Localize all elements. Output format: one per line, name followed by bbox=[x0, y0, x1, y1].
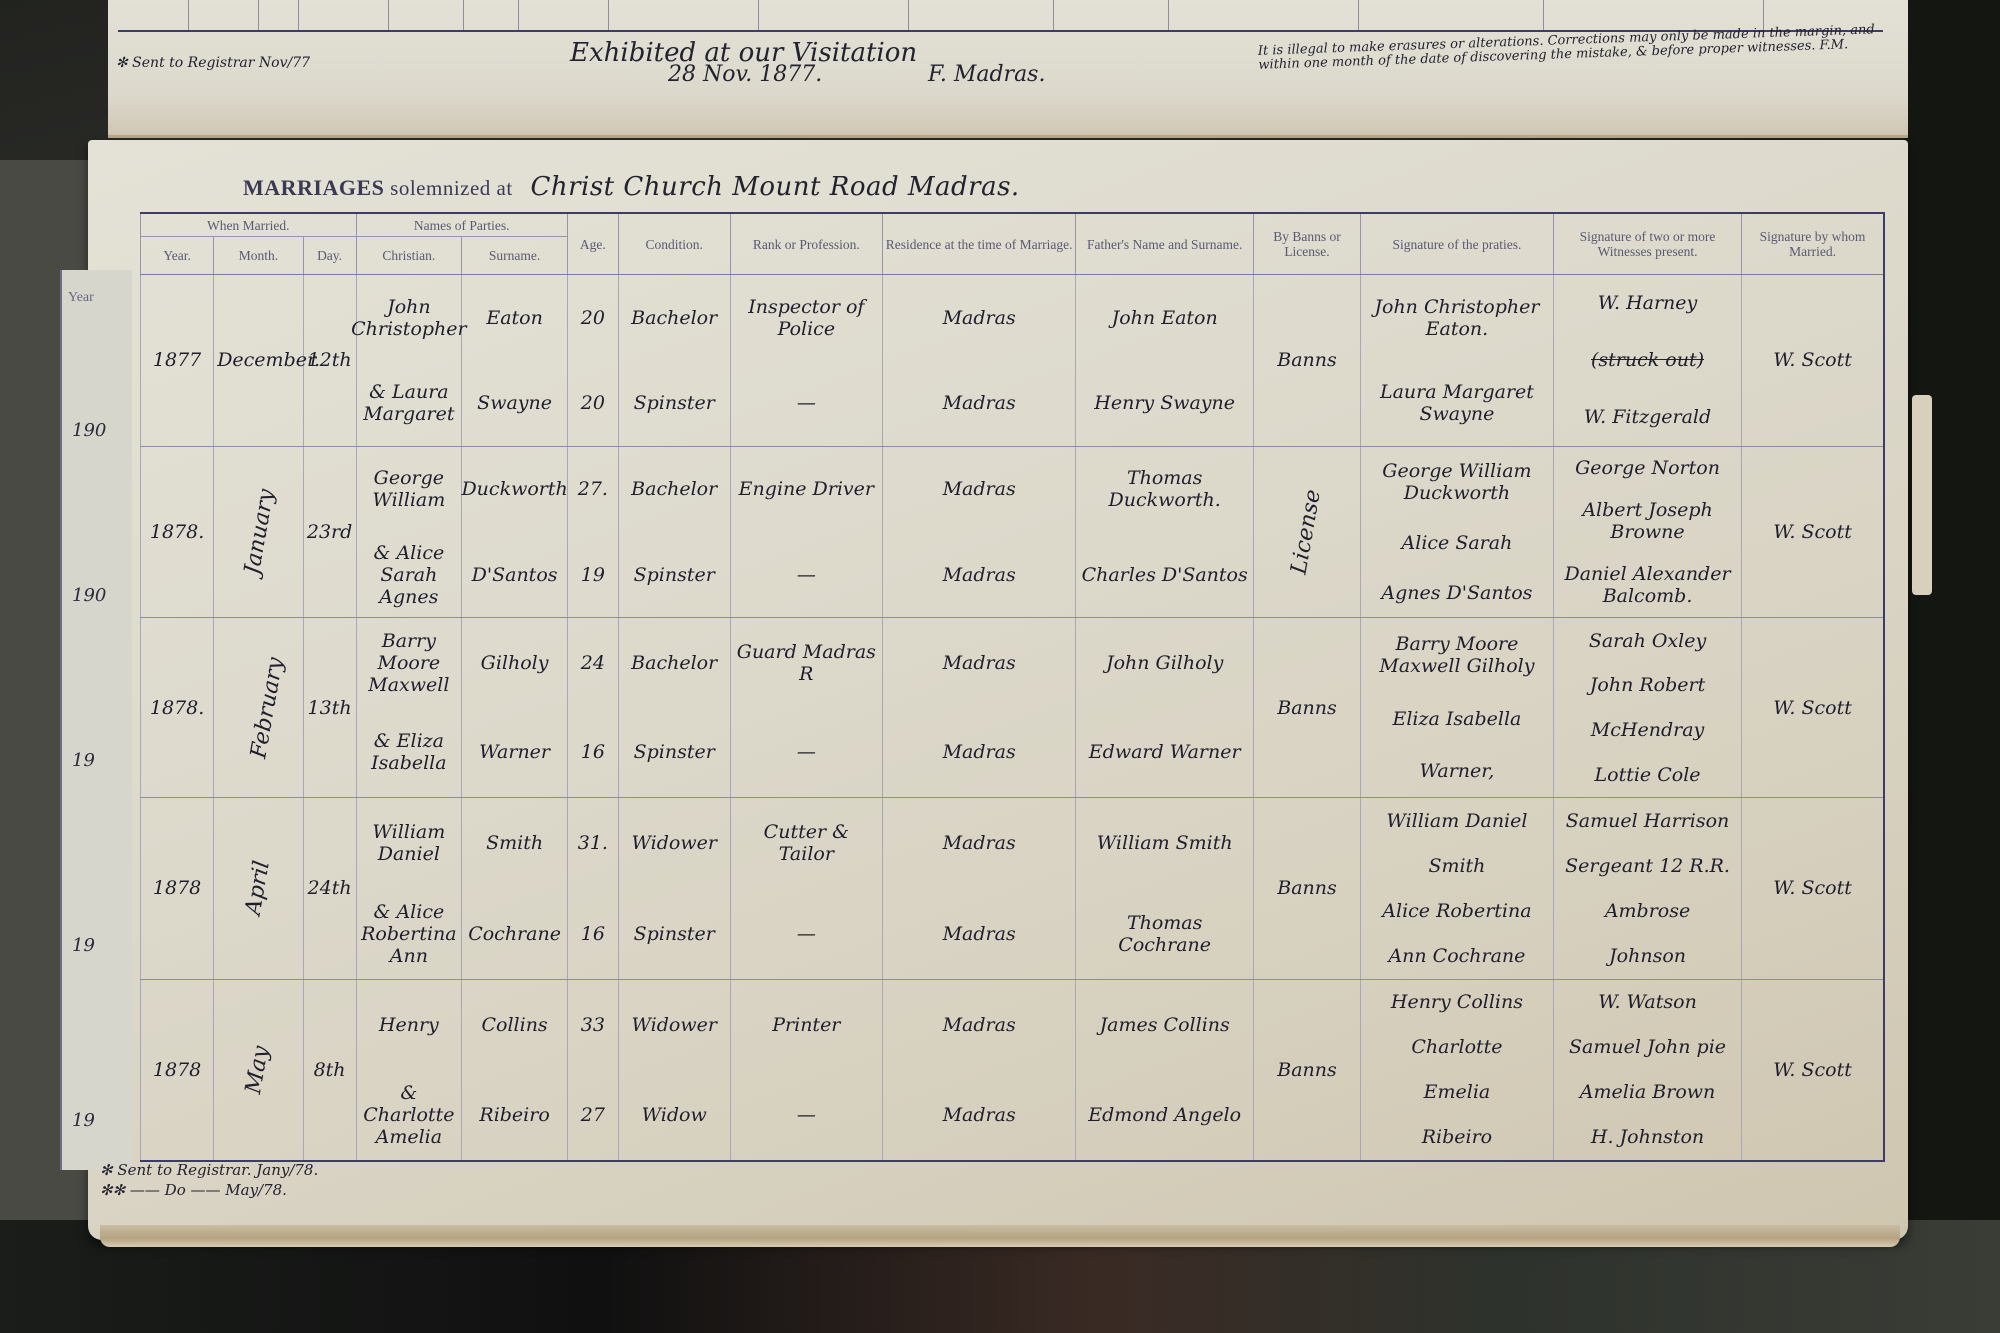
age-cell: 27.19 bbox=[567, 446, 618, 618]
father-cell: James CollinsEdmond Angelo bbox=[1076, 979, 1254, 1161]
signature-parties-cell: Barry Moore Maxwell GilholyEliza Isabell… bbox=[1360, 618, 1553, 798]
groom-rank: Inspector of Police bbox=[734, 283, 879, 353]
header-signature-married-by: Signature by whom Married. bbox=[1742, 213, 1884, 275]
signature-parties-cell: William DanielSmithAlice RobertinaAnn Co… bbox=[1360, 798, 1553, 980]
condition-cell: WidowerSpinster bbox=[618, 798, 730, 980]
banns-cell: Banns bbox=[1254, 798, 1361, 980]
table-row: 1878 April 24th William Daniel& Alice Ro… bbox=[141, 798, 1885, 980]
signature-witnesses-cell: W. Harney(struck out)W. Fitzgerald bbox=[1554, 275, 1742, 447]
married-by-cell: W. Scott bbox=[1742, 798, 1884, 980]
groom-christian: John Christopher bbox=[360, 283, 459, 353]
bride-rank: — bbox=[734, 368, 879, 438]
footnote-may: ✻✻ —— Do —— May/78. bbox=[100, 1180, 318, 1200]
header-when-married: When Married. bbox=[141, 213, 357, 237]
header-signature-witnesses: Signature of two or more Witnesses prese… bbox=[1554, 213, 1742, 275]
surname-cell: CollinsRibeiro bbox=[462, 979, 568, 1161]
header-father: Father's Name and Surname. bbox=[1076, 213, 1254, 275]
previous-page: ✻ Sent to Registrar Nov/77 Exhibited at … bbox=[108, 0, 1908, 138]
month-cell: December. bbox=[214, 275, 303, 447]
condition-cell: BachelorSpinster bbox=[618, 446, 730, 618]
year-cell: 1878. bbox=[141, 446, 214, 618]
margin-year: 19 bbox=[72, 750, 95, 771]
year-cell: 1878. bbox=[141, 618, 214, 798]
day-cell: 12th bbox=[303, 275, 356, 447]
age-cell: 3327 bbox=[567, 979, 618, 1161]
married-by-cell: W. Scott bbox=[1742, 275, 1884, 447]
rank-cell: Inspector of Police— bbox=[730, 275, 882, 447]
bride-condition: Spinster bbox=[622, 368, 727, 438]
previous-page-grid bbox=[118, 0, 1883, 32]
signature-witnesses-cell: George NortonAlbert Joseph BrowneDaniel … bbox=[1554, 446, 1742, 618]
signature-witnesses-cell: Sarah OxleyJohn RobertMcHendrayLottie Co… bbox=[1554, 618, 1742, 798]
residence-cell: MadrasMadras bbox=[883, 618, 1076, 798]
underlying-page-margin: Year 190 190 19 19 19 bbox=[60, 270, 132, 1170]
rank-cell: Engine Driver— bbox=[730, 446, 882, 618]
header-banns: By Banns or License. bbox=[1254, 213, 1361, 275]
table-row: 1878 May 8th Henry& Charlotte Amelia Col… bbox=[141, 979, 1885, 1161]
christian-cell: Barry Moore Maxwell& Eliza Isabella bbox=[356, 618, 462, 798]
header-age: Age. bbox=[567, 213, 618, 275]
month-cell: February bbox=[214, 618, 303, 798]
header-month: Month. bbox=[214, 237, 303, 275]
margin-year: 19 bbox=[72, 935, 95, 956]
page-tab bbox=[1912, 395, 1932, 595]
groom-surname: Eaton bbox=[465, 283, 564, 353]
surname-cell: DuckworthD'Santos bbox=[462, 446, 568, 618]
title-marriages: MARRIAGES bbox=[243, 175, 384, 200]
bride-father: Henry Swayne bbox=[1079, 368, 1250, 438]
christian-cell: Henry& Charlotte Amelia bbox=[356, 979, 462, 1161]
groom-father: John Eaton bbox=[1079, 283, 1250, 353]
header-rank: Rank or Profession. bbox=[730, 213, 882, 275]
signature-parties-cell: George William DuckworthAlice SarahAgnes… bbox=[1360, 446, 1553, 618]
bride-christian: & Laura Margaret bbox=[360, 368, 459, 438]
table-row: 1878. January 23rd George William& Alice… bbox=[141, 446, 1885, 618]
christian-cell: William Daniel& Alice Robertina Ann bbox=[356, 798, 462, 980]
footnote-january: ✻ Sent to Registrar. Jany/78. bbox=[100, 1160, 318, 1180]
margin-year: 190 bbox=[72, 585, 106, 606]
groom-age: 20 bbox=[571, 283, 615, 353]
registrar-footnotes: ✻ Sent to Registrar. Jany/78. ✻✻ —— Do —… bbox=[100, 1160, 318, 1200]
year-cell: 1878 bbox=[141, 979, 214, 1161]
married-by-cell: W. Scott bbox=[1742, 446, 1884, 618]
groom-residence: Madras bbox=[886, 283, 1072, 353]
father-cell: William SmithThomas Cochrane bbox=[1076, 798, 1254, 980]
header-year: Year. bbox=[141, 237, 214, 275]
signature-parties-cell: Henry CollinsCharlotteEmeliaRibeiro bbox=[1360, 979, 1553, 1161]
banns-cell: Banns bbox=[1254, 275, 1361, 447]
residence-cell: MadrasMadras bbox=[883, 979, 1076, 1161]
signature-witnesses-cell: W. WatsonSamuel John pieAmelia BrownH. J… bbox=[1554, 979, 1742, 1161]
header-signature-parties: Signature of the praties. bbox=[1360, 213, 1553, 275]
day-cell: 24th bbox=[303, 798, 356, 980]
margin-year: 190 bbox=[72, 420, 106, 441]
table-surface-right bbox=[1905, 0, 2000, 1230]
page-frayed-edge bbox=[100, 1225, 1900, 1247]
condition-cell: WidowerWidow bbox=[618, 979, 730, 1161]
day-cell: 23rd bbox=[303, 446, 356, 618]
married-by-cell: W. Scott bbox=[1742, 979, 1884, 1161]
header-residence: Residence at the time of Marriage. bbox=[883, 213, 1076, 275]
age-cell: 2416 bbox=[567, 618, 618, 798]
header-names-of-parties: Names of Parties. bbox=[356, 213, 567, 237]
age-cell: 31.16 bbox=[567, 798, 618, 980]
day-cell: 13th bbox=[303, 618, 356, 798]
signature-witnesses-cell: Samuel HarrisonSergeant 12 R.R.AmbroseJo… bbox=[1554, 798, 1742, 980]
married-by-cell: W. Scott bbox=[1742, 618, 1884, 798]
bride-age: 20 bbox=[571, 368, 615, 438]
visitation-signature: F. Madras. bbox=[928, 62, 1045, 87]
age-cell: 2020 bbox=[567, 275, 618, 447]
residence-cell: MadrasMadras bbox=[883, 275, 1076, 447]
month-cell: April bbox=[214, 798, 303, 980]
margin-year: 19 bbox=[72, 1110, 95, 1131]
rank-cell: Printer— bbox=[730, 979, 882, 1161]
page-title: MARRIAGES solemnized at Christ Church Mo… bbox=[243, 172, 1020, 202]
father-cell: John GilholyEdward Warner bbox=[1076, 618, 1254, 798]
christian-cell: John Christopher& Laura Margaret bbox=[356, 275, 462, 447]
residence-cell: MadrasMadras bbox=[883, 446, 1076, 618]
condition-cell: BachelorSpinster bbox=[618, 618, 730, 798]
father-cell: John EatonHenry Swayne bbox=[1076, 275, 1254, 447]
signature-parties-cell: John Christopher Eaton.Laura Margaret Sw… bbox=[1360, 275, 1553, 447]
day-cell: 8th bbox=[303, 979, 356, 1161]
marriage-register-table: When Married. Names of Parties. Age. Con… bbox=[140, 212, 1885, 1162]
father-cell: Thomas Duckworth.Charles D'Santos bbox=[1076, 446, 1254, 618]
surname-cell: EatonSwayne bbox=[462, 275, 568, 447]
margin-year-header: Year bbox=[68, 290, 94, 306]
residence-cell: MadrasMadras bbox=[883, 798, 1076, 980]
header-christian: Christian. bbox=[356, 237, 462, 275]
banns-cell: Banns bbox=[1254, 618, 1361, 798]
header-group-row: When Married. Names of Parties. Age. Con… bbox=[141, 213, 1885, 237]
table-row: 1877 December. 12th John Christopher& La… bbox=[141, 275, 1885, 447]
banns-cell: License bbox=[1254, 446, 1361, 618]
surname-cell: GilholyWarner bbox=[462, 618, 568, 798]
year-cell: 1878 bbox=[141, 798, 214, 980]
banns-cell: Banns bbox=[1254, 979, 1361, 1161]
table-row: 1878. February 13th Barry Moore Maxwell&… bbox=[141, 618, 1885, 798]
groom-condition: Bachelor bbox=[622, 283, 727, 353]
rank-cell: Cutter & Tailor— bbox=[730, 798, 882, 980]
bride-residence: Madras bbox=[886, 368, 1072, 438]
surname-cell: SmithCochrane bbox=[462, 798, 568, 980]
sent-to-registrar-note: ✻ Sent to Registrar Nov/77 bbox=[116, 55, 310, 71]
condition-cell: BachelorSpinster bbox=[618, 275, 730, 447]
title-solemnized: solemnized at bbox=[390, 176, 513, 200]
month-cell: May bbox=[214, 979, 303, 1161]
visitation-date: 28 Nov. 1877. bbox=[668, 62, 822, 87]
header-surname: Surname. bbox=[462, 237, 568, 275]
church-name: Christ Church Mount Road Madras. bbox=[530, 172, 1019, 202]
month-cell: January bbox=[214, 446, 303, 618]
christian-cell: George William& Alice Sarah Agnes bbox=[356, 446, 462, 618]
header-day: Day. bbox=[303, 237, 356, 275]
header-condition: Condition. bbox=[618, 213, 730, 275]
bride-surname: Swayne bbox=[465, 368, 564, 438]
rank-cell: Guard Madras R— bbox=[730, 618, 882, 798]
year-cell: 1877 bbox=[141, 275, 214, 447]
